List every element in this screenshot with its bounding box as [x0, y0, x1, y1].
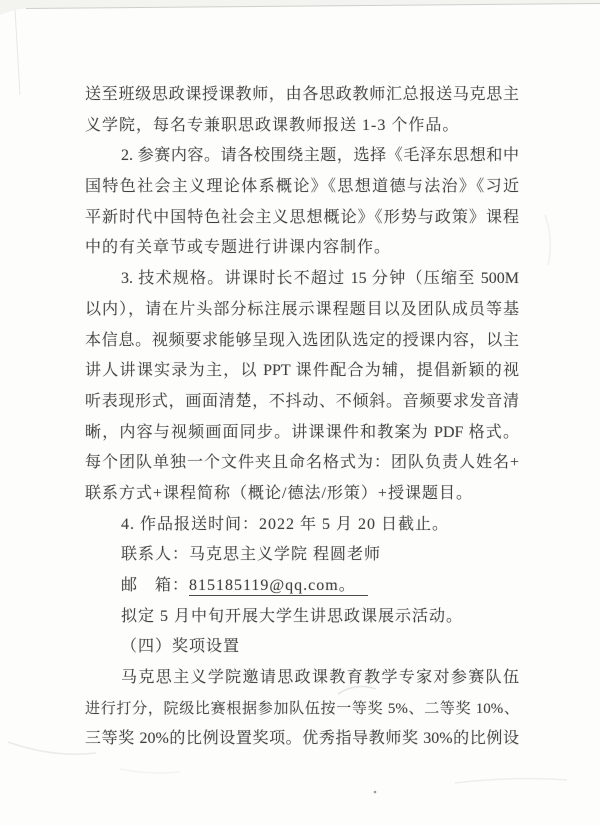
text-line: 拟定 5 月中旬开展大学生讲思政课展示活动。: [85, 602, 519, 633]
text-line: 马克思主义学院邀请思政课教育教学专家对参赛队伍: [85, 663, 519, 694]
scan-smudge: [545, 215, 550, 265]
text-line: （四）奖项设置: [85, 632, 519, 663]
scanned-page: 送至班级思政课授课教师，由各思政教师汇总报送马克思主义学院，每名专兼职思政课教师…: [0, 0, 600, 825]
text-line: 4. 作品报送时间：2022 年 5 月 20 日截止。: [85, 510, 519, 541]
paper-corner-shadow: [0, 0, 600, 15]
scan-smudge: [120, 769, 180, 773]
text-line: 晰，内容与视频画面同步。讲课课件和教案为 PDF 格式。: [85, 418, 519, 449]
text-line: 每个团队单独一个文件夹且命名格式为：团队负责人姓名+: [85, 448, 519, 479]
text-line: 联系人：马克思主义学院 程圆老师: [85, 540, 519, 571]
scan-smudge: [455, 779, 567, 783]
text-line: 国特色社会主义理论体系概论》《思想道德与法治》《习近: [85, 172, 519, 203]
text-line: 联系方式+课程简称（概论/德法/形策）+授课题目。: [85, 479, 519, 510]
text-line: 本信息。视频要求能够呈现入选团队选定的授课内容，以主: [85, 326, 519, 357]
text-line: 3. 技术规格。讲课时长不超过 15 分钟（压缩至 500M: [85, 264, 519, 295]
text-line: 平新时代中国特色社会主义思想概论》《形势与政策》课程: [85, 203, 519, 234]
paper-top-edge: [26, 4, 600, 9]
email-address: 815185119@qq.com。: [189, 577, 368, 596]
text-line: 义学院，每名专兼职思政课教师报送 1-3 个作品。: [85, 111, 519, 142]
text-line: 讲人讲课实录为主，以 PPT 课件配合为辅，提倡新颖的视: [85, 356, 519, 387]
paper-left-edge: [15, 10, 20, 96]
text-line: 进行打分，院级比赛根据参加队伍按一等奖 5%、二等奖 10%、: [85, 694, 519, 725]
email-line: 邮 箱：815185119@qq.com。: [85, 571, 519, 602]
text-line: 送至班级思政课授课教师，由各思政教师汇总报送马克思主: [85, 80, 519, 111]
text-line: 听表现形式，画面清楚，不抖动、不倾斜。音频要求发音清: [85, 387, 519, 418]
text-line: 以内），请在片头部分标注展示课程题目以及团队成员等基: [85, 295, 519, 326]
text-line: 2. 参赛内容。请各校围绕主题，选择《毛泽东思想和中: [85, 141, 519, 172]
text-line: 中的有关章节或专题进行讲课内容制作。: [85, 233, 519, 264]
scan-smudge: [8, 742, 96, 754]
scan-speck: [374, 791, 377, 794]
email-label: 邮 箱：: [121, 577, 189, 594]
text-line: 三等奖 20%的比例设置奖项。优秀指导教师奖 30%的比例设: [85, 724, 519, 755]
document-body: 送至班级思政课授课教师，由各思政教师汇总报送马克思主义学院，每名专兼职思政课教师…: [85, 80, 519, 755]
